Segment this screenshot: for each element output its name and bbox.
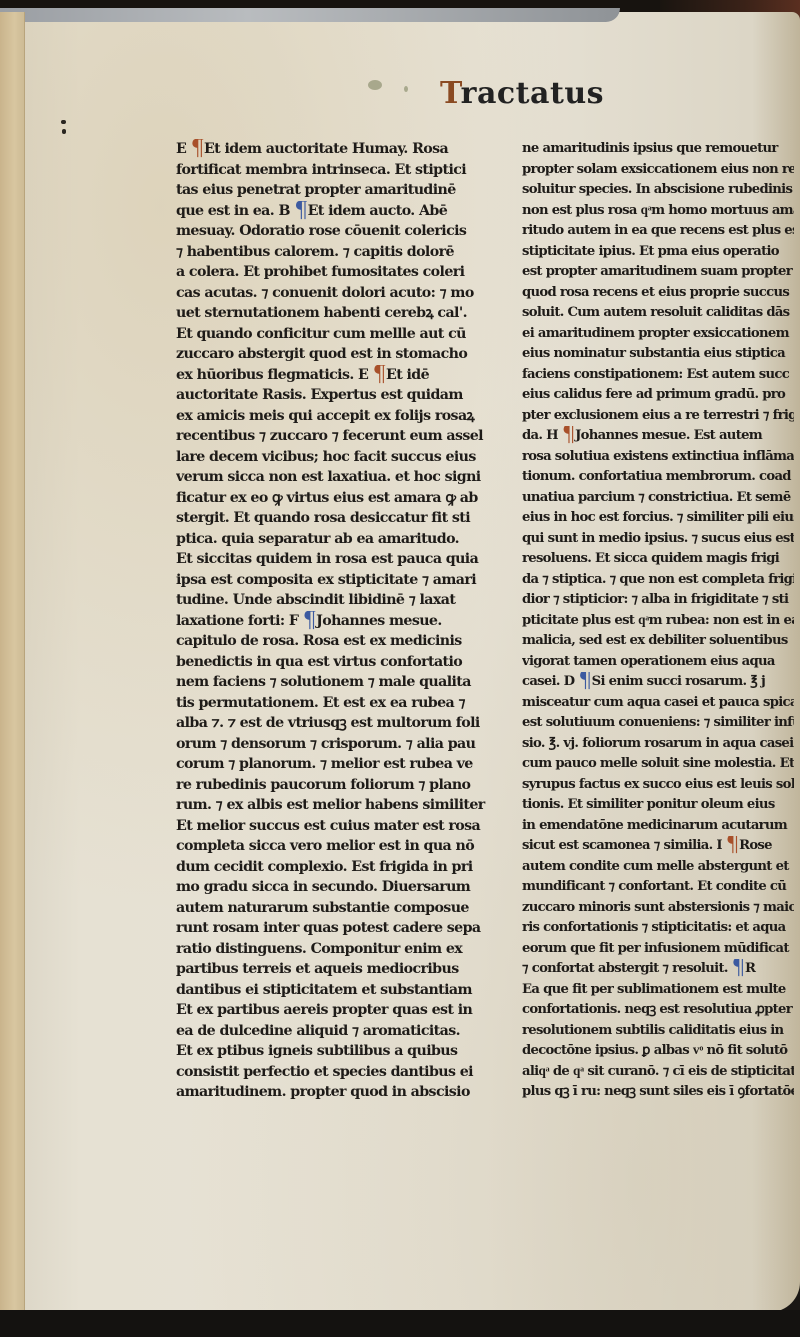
text-line: eius calidus fere ad primum gradū. pro <box>522 385 794 406</box>
line-text: confortationis. neqꝫ est resolutiua ꝓpte… <box>522 1002 792 1017</box>
text-line: ris confortationis ⁊ stipticitatis: et a… <box>522 918 794 939</box>
line-text: ne amaritudinis ipsius que remouetur <box>522 141 778 156</box>
line-text: mesuay. Odoratio rose cōuenit colericis <box>176 223 466 239</box>
line-text: Et idem auctoritate Humay. Rosa <box>204 141 448 157</box>
paragraph-mark-icon: ¶ <box>562 428 575 442</box>
line-text: cas acutas. ⁊ conuenit dolori acuto: ⁊ m… <box>176 285 474 301</box>
line-text: tudine. Unde abscindit libidinē ⁊ laxat <box>176 592 455 608</box>
text-line: partibus terreis et aqueis mediocribus <box>176 959 488 980</box>
text-line: benedictis in qua est virtus confortatio <box>176 652 488 673</box>
text-line: completa sicca vero melior est in qua nō <box>176 836 488 857</box>
line-text: faciens constipationem: Est autem succ <box>522 367 789 382</box>
text-line: ⁊ confortat abstergit ⁊ resoluit. ¶R <box>522 959 794 980</box>
text-line: rum. ⁊ ex albis est melior habens simili… <box>176 795 488 816</box>
line-text: dantibus ei stipticitatem et substantiam <box>176 982 472 998</box>
text-line: stipticitate ipius. Et pma eius operatio <box>522 242 794 263</box>
text-line: ne amaritudinis ipsius que remouetur <box>522 139 794 160</box>
text-line: que est in ea. B ¶Et idem aucto. Abē <box>176 201 488 222</box>
line-text: quod rosa recens et eius proprie succus <box>522 285 789 300</box>
text-line: laxatione forti: F ¶Johannes mesue. <box>176 611 488 632</box>
line-text: da ⁊ stiptica. ⁊ que non est completa fr… <box>522 572 794 587</box>
paragraph-mark-icon: ¶ <box>303 614 316 628</box>
line-text: autem condite cum melle abstergunt et <box>522 859 789 874</box>
line-prefix: que est in ea. B <box>176 203 294 219</box>
text-line: syrupus factus ex succo eius est leuis s… <box>522 775 794 796</box>
text-line: malicia, sed est ex debiliter soluentibu… <box>522 631 794 652</box>
margin-speck <box>61 120 66 124</box>
text-line: orum ⁊ densorum ⁊ crisporum. ⁊ alia pau <box>176 734 488 755</box>
line-text: dior ⁊ stipticior: ⁊ alba in frigiditate… <box>522 592 788 607</box>
text-line: da. H ¶Johannes mesue. Est autem <box>522 426 794 447</box>
text-line: Et siccitas quidem in rosa est pauca qui… <box>176 549 488 570</box>
text-line: ei amaritudinem propter exsiccationem <box>522 324 794 345</box>
line-text: vigorat tamen operationem eius aqua <box>522 654 775 669</box>
running-head-text: ractatus <box>461 76 604 111</box>
text-line: dum cecidit complexio. Est frigida in pr… <box>176 857 488 878</box>
line-text: rosa solutiua existens extinctiua inflām… <box>522 449 794 464</box>
text-line: tis permutationem. Et est ex ea rubea ⁊ <box>176 693 488 714</box>
text-line: ex amicis meis qui accepit ex folijs ros… <box>176 406 488 427</box>
line-prefix: ⁊ confortat abstergit ⁊ resoluit. <box>522 961 732 976</box>
text-line: autem condite cum melle abstergunt et <box>522 857 794 878</box>
line-text: cum pauco melle soluit sine molestia. Et <box>522 756 794 771</box>
text-line: alba ⁊. ⁊ est de vtriusqꝫ est multorum f… <box>176 713 488 734</box>
text-line: plus qꝫ ī ru: neqꝫ sunt siles eis ī ꝯfor… <box>522 1082 794 1103</box>
text-line: Ea que fit per sublimationem est multe <box>522 980 794 1001</box>
line-text: est propter amaritudinem suam propter <box>522 264 792 279</box>
line-text: ris confortationis ⁊ stipticitatis: et a… <box>522 920 785 935</box>
line-text: auctoritate Rasis. Expertus est quidam <box>176 387 463 403</box>
paragraph-mark-icon: ¶ <box>732 961 745 975</box>
line-text: est solutiuum conueniens: ⁊ similiter in… <box>522 715 794 730</box>
line-text: consistit perfectio et species dantibus … <box>176 1064 473 1080</box>
line-text: Et ex ptibus igneis subtilibus a quibus <box>176 1043 457 1059</box>
text-line: eius in hoc est forcius. ⁊ similiter pil… <box>522 508 794 529</box>
text-line: non est plus rosa qͣm homo mortuus ama <box>522 201 794 222</box>
line-text: lare decem vicibus; hoc facit succus eiu… <box>176 449 476 465</box>
line-text: nem faciens ⁊ solutionem ⁊ male qualita <box>176 674 471 690</box>
text-line: lare decem vicibus; hoc facit succus eiu… <box>176 447 488 468</box>
line-text: soluit. Cum autem resoluit caliditas dās <box>522 305 789 320</box>
line-text: resolutionem subtilis caliditatis eius i… <box>522 1023 783 1038</box>
text-line: misceatur cum aqua casei et pauca spica <box>522 693 794 714</box>
line-text: Si enim succi rosarum. ℥ j <box>592 674 766 689</box>
text-line: Et melior succus est cuius mater est ros… <box>176 816 488 837</box>
text-line: est solutiuum conueniens: ⁊ similiter in… <box>522 713 794 734</box>
text-line: mundificant ⁊ confortant. Et condite cū <box>522 877 794 898</box>
text-line: sio. ℥. vj. foliorum rosarum in aqua cas… <box>522 734 794 755</box>
text-line: pticitate plus est qͣm rubea: non est in… <box>522 611 794 632</box>
line-text: ei amaritudinem propter exsiccationem <box>522 326 789 341</box>
text-line: aliqͣ de qͣ sit curanō. ⁊ cī eis de stip… <box>522 1062 794 1083</box>
text-line: casei. D ¶Si enim succi rosarum. ℥ j <box>522 672 794 693</box>
text-line: Et ex partibus aereis propter quas est i… <box>176 1000 488 1021</box>
text-line: autem naturarum substantie composue <box>176 898 488 919</box>
running-head: Tractatus <box>440 76 604 111</box>
line-text: malicia, sed est ex debiliter soluentibu… <box>522 633 788 648</box>
text-line: sicut est scamonea ⁊ similia. I ¶Rose <box>522 836 794 857</box>
text-line: runt rosam inter quas potest cadere sepa <box>176 918 488 939</box>
paragraph-mark-icon: ¶ <box>294 204 307 218</box>
line-text: pticitate plus est qͣm rubea: non est in… <box>522 613 794 628</box>
line-text: mundificant ⁊ confortant. Et condite cū <box>522 879 786 894</box>
line-text: Johannes mesue. Est autem <box>575 428 762 443</box>
text-line: ficatur ex eo ꝙ virtus eius est amara ꝙ … <box>176 488 488 509</box>
line-text: alba ⁊. ⁊ est de vtriusqꝫ est multorum f… <box>176 715 480 731</box>
text-line: soluit. Cum autem resoluit caliditas dās <box>522 303 794 324</box>
line-text: ratio distinguens. Componitur enim ex <box>176 941 462 957</box>
text-line: dior ⁊ stipticior: ⁊ alba in frigiditate… <box>522 590 794 611</box>
line-text: eorum que fit per infusionem mūdificat <box>522 941 789 956</box>
line-text: syrupus factus ex succo eius est leuis s… <box>522 777 794 792</box>
text-line: verum sicca non est laxatiua. et hoc sig… <box>176 467 488 488</box>
text-line: zuccaro abstergit quod est in stomacho <box>176 344 488 365</box>
line-text: ex amicis meis qui accepit ex folijs ros… <box>176 408 474 424</box>
line-text: Ea que fit per sublimationem est multe <box>522 982 786 997</box>
text-line: resolutionem subtilis caliditatis eius i… <box>522 1021 794 1042</box>
text-line: E ¶Et idem auctoritate Humay. Rosa <box>176 139 488 160</box>
page-spine-edge <box>0 12 25 1312</box>
text-line: re rubedinis paucorum foliorum ⁊ plano <box>176 775 488 796</box>
line-prefix: ex hūoribus flegmaticis. E <box>176 367 373 383</box>
text-line: fortificat membra intrinseca. Et stiptic… <box>176 160 488 181</box>
line-text: stipticitate ipius. Et pma eius operatio <box>522 244 779 259</box>
line-text: ipsa est composita ex stipticitate ⁊ ama… <box>176 572 476 588</box>
page-top-edge <box>0 8 620 22</box>
text-line: mo gradu sicca in secundo. Diuersarum <box>176 877 488 898</box>
line-prefix: laxatione forti: F <box>176 613 303 629</box>
line-text: a colera. Et prohibet fumositates coleri <box>176 264 464 280</box>
text-line: ex hūoribus flegmaticis. E ¶Et idē <box>176 365 488 386</box>
text-line: Et quando conficitur cum mellle aut cū <box>176 324 488 345</box>
line-text: pter exclusionem eius a re terrestri ⁊ f… <box>522 408 794 423</box>
line-text: corum ⁊ planorum. ⁊ melior est rubea ve <box>176 756 473 772</box>
text-line: confortationis. neqꝫ est resolutiua ꝓpte… <box>522 1000 794 1021</box>
line-text: Et melior succus est cuius mater est ros… <box>176 818 480 834</box>
text-line: corum ⁊ planorum. ⁊ melior est rubea ve <box>176 754 488 775</box>
line-text: decoctōne ipsius. ꝑ albas vͦ nō fit solu… <box>522 1043 787 1058</box>
text-line: tionis. Et similiter ponitur oleum eius <box>522 795 794 816</box>
line-text: dum cecidit complexio. Est frigida in pr… <box>176 859 473 875</box>
text-line: capitulo de rosa. Rosa est ex medicinis <box>176 631 488 652</box>
text-line: nem faciens ⁊ solutionem ⁊ male qualita <box>176 672 488 693</box>
text-line: tudine. Unde abscindit libidinē ⁊ laxat <box>176 590 488 611</box>
scan-bottom-shadow <box>0 1310 800 1337</box>
text-line: ritudo autem in ea que recens est plus e… <box>522 221 794 242</box>
line-text: fortificat membra intrinseca. Et stiptic… <box>176 162 466 178</box>
line-text: benedictis in qua est virtus confortatio <box>176 654 462 670</box>
text-line: mesuay. Odoratio rose cōuenit colericis <box>176 221 488 242</box>
line-text: Et idem aucto. Abē <box>308 203 448 219</box>
line-text: eius calidus fere ad primum gradū. pro <box>522 387 785 402</box>
text-line: ipsa est composita ex stipticitate ⁊ ama… <box>176 570 488 591</box>
ink-stain <box>368 80 382 90</box>
line-text: recentibus ⁊ zuccaro ⁊ fecerunt eum asse… <box>176 428 483 444</box>
line-text: misceatur cum aqua casei et pauca spica <box>522 695 794 710</box>
line-prefix: da. H <box>522 428 562 443</box>
text-line: stergit. Et quando rosa desiccatur fit s… <box>176 508 488 529</box>
line-text: orum ⁊ densorum ⁊ crisporum. ⁊ alia pau <box>176 736 475 752</box>
line-text: mo gradu sicca in secundo. Diuersarum <box>176 879 470 895</box>
line-text: eius in hoc est forcius. ⁊ similiter pil… <box>522 510 794 525</box>
line-text: Et siccitas quidem in rosa est pauca qui… <box>176 551 478 567</box>
text-line: dantibus ei stipticitatem et substantiam <box>176 980 488 1001</box>
line-text: eius nominatur substantia eius stiptica <box>522 346 785 361</box>
line-text: propter solam exsiccationem eius non re <box>522 162 794 177</box>
line-text: in emendatōne medicinarum acutarum <box>522 818 787 833</box>
line-prefix: casei. D <box>522 674 578 689</box>
text-line: recentibus ⁊ zuccaro ⁊ fecerunt eum asse… <box>176 426 488 447</box>
line-text: unatiua parcium ⁊ constrictiua. Et semē <box>522 490 791 505</box>
line-text: Rose <box>739 838 772 853</box>
line-text: plus qꝫ ī ru: neqꝫ sunt siles eis ī ꝯfor… <box>522 1084 794 1099</box>
text-line: tas eius penetrat propter amaritudinē <box>176 180 488 201</box>
text-line: qui sunt in medio ipsius. ⁊ sucus eius e… <box>522 529 794 550</box>
paragraph-mark-icon: ¶ <box>578 674 591 688</box>
running-head-initial: T <box>440 76 461 111</box>
line-text: zuccaro abstergit quod est in stomacho <box>176 346 467 362</box>
line-text: zuccaro minoris sunt abstersionis ⁊ maio <box>522 900 794 915</box>
text-line: in emendatōne medicinarum acutarum <box>522 816 794 837</box>
line-text: ⁊ habentibus calorem. ⁊ capitis dolorē <box>176 244 454 260</box>
line-text: Johannes mesue. <box>316 613 442 629</box>
text-line: consistit perfectio et species dantibus … <box>176 1062 488 1083</box>
text-line: zuccaro minoris sunt abstersionis ⁊ maio <box>522 898 794 919</box>
line-text: ptica. quia separatur ab ea amaritudo. <box>176 531 459 547</box>
text-line: Et ex ptibus igneis subtilibus a quibus <box>176 1041 488 1062</box>
line-text: rum. ⁊ ex albis est melior habens simili… <box>176 797 485 813</box>
line-text: ficatur ex eo ꝙ virtus eius est amara ꝙ … <box>176 490 478 506</box>
line-text: ea de dulcedine aliquid ⁊ aromaticitas. <box>176 1023 460 1039</box>
line-text: ritudo autem in ea que recens est plus e… <box>522 223 794 238</box>
text-line: unatiua parcium ⁊ constrictiua. Et semē <box>522 488 794 509</box>
line-text: tis permutationem. Et est ex ea rubea ⁊ <box>176 695 465 711</box>
line-text: qui sunt in medio ipsius. ⁊ sucus eius e… <box>522 531 794 546</box>
line-text: uet sternutationem habenti cerebꝝ cal'. <box>176 305 467 321</box>
text-line: vigorat tamen operationem eius aqua <box>522 652 794 673</box>
ink-stain <box>404 86 408 92</box>
text-line: a colera. Et prohibet fumositates coleri <box>176 262 488 283</box>
text-line: tionum. confortatiua membrorum. coad <box>522 467 794 488</box>
text-line: est propter amaritudinem suam propter <box>522 262 794 283</box>
line-text: partibus terreis et aqueis mediocribus <box>176 961 459 977</box>
paragraph-mark-icon: ¶ <box>373 368 386 382</box>
line-text: non est plus rosa qͣm homo mortuus ama <box>522 203 794 218</box>
paragraph-mark-icon: ¶ <box>726 838 739 852</box>
text-line: eorum que fit per infusionem mūdificat <box>522 939 794 960</box>
paragraph-mark-icon: ¶ <box>191 142 204 156</box>
text-line: da ⁊ stiptica. ⁊ que non est completa fr… <box>522 570 794 591</box>
line-text: capitulo de rosa. Rosa est ex medicinis <box>176 633 462 649</box>
line-text: runt rosam inter quas potest cadere sepa <box>176 920 481 936</box>
line-text: autem naturarum substantie composue <box>176 900 469 916</box>
line-prefix: E <box>176 141 191 157</box>
line-text: amaritudinem. propter quod in abscisio <box>176 1084 470 1100</box>
text-line: propter solam exsiccationem eius non re <box>522 160 794 181</box>
text-line: ⁊ habentibus calorem. ⁊ capitis dolorē <box>176 242 488 263</box>
text-line: soluitur species. In abscisione rubedini… <box>522 180 794 201</box>
line-text: re rubedinis paucorum foliorum ⁊ plano <box>176 777 470 793</box>
line-prefix: sicut est scamonea ⁊ similia. I <box>522 838 726 853</box>
text-line: rosa solutiua existens extinctiua inflām… <box>522 447 794 468</box>
margin-speck <box>62 129 66 134</box>
text-line: ptica. quia separatur ab ea amaritudo. <box>176 529 488 550</box>
line-text: soluitur species. In abscisione rubedini… <box>522 182 792 197</box>
text-line: resoluens. Et sicca quidem magis frigi <box>522 549 794 570</box>
text-line: pter exclusionem eius a re terrestri ⁊ f… <box>522 406 794 427</box>
text-line: eius nominatur substantia eius stiptica <box>522 344 794 365</box>
line-text: completa sicca vero melior est in qua nō <box>176 838 474 854</box>
text-line: cum pauco melle soluit sine molestia. Et <box>522 754 794 775</box>
line-text: stergit. Et quando rosa desiccatur fit s… <box>176 510 470 526</box>
text-line: auctoritate Rasis. Expertus est quidam <box>176 385 488 406</box>
text-line: decoctōne ipsius. ꝑ albas vͦ nō fit solu… <box>522 1041 794 1062</box>
text-line: ea de dulcedine aliquid ⁊ aromaticitas. <box>176 1021 488 1042</box>
line-text: resoluens. Et sicca quidem magis frigi <box>522 551 779 566</box>
left-text-column: E ¶Et idem auctoritate Humay. Rosafortif… <box>176 139 488 1103</box>
text-line: amaritudinem. propter quod in abscisio <box>176 1082 488 1103</box>
line-text: aliqͣ de qͣ sit curanō. ⁊ cī eis de stip… <box>522 1064 794 1079</box>
line-text: sio. ℥. vj. foliorum rosarum in aqua cas… <box>522 736 793 751</box>
text-line: ratio distinguens. Componitur enim ex <box>176 939 488 960</box>
text-line: faciens constipationem: Est autem succ <box>522 365 794 386</box>
text-line: quod rosa recens et eius proprie succus <box>522 283 794 304</box>
line-text: Et ex partibus aereis propter quas est i… <box>176 1002 472 1018</box>
line-text: Et idē <box>386 367 429 383</box>
line-text: tas eius penetrat propter amaritudinē <box>176 182 456 198</box>
right-text-column: ne amaritudinis ipsius que remoueturprop… <box>522 139 794 1103</box>
line-text: R <box>745 961 755 976</box>
line-text: Et quando conficitur cum mellle aut cū <box>176 326 466 342</box>
text-line: uet sternutationem habenti cerebꝝ cal'. <box>176 303 488 324</box>
text-line: cas acutas. ⁊ conuenit dolori acuto: ⁊ m… <box>176 283 488 304</box>
line-text: tionum. confortatiua membrorum. coad <box>522 469 791 484</box>
line-text: tionis. Et similiter ponitur oleum eius <box>522 797 775 812</box>
line-text: verum sicca non est laxatiua. et hoc sig… <box>176 469 481 485</box>
